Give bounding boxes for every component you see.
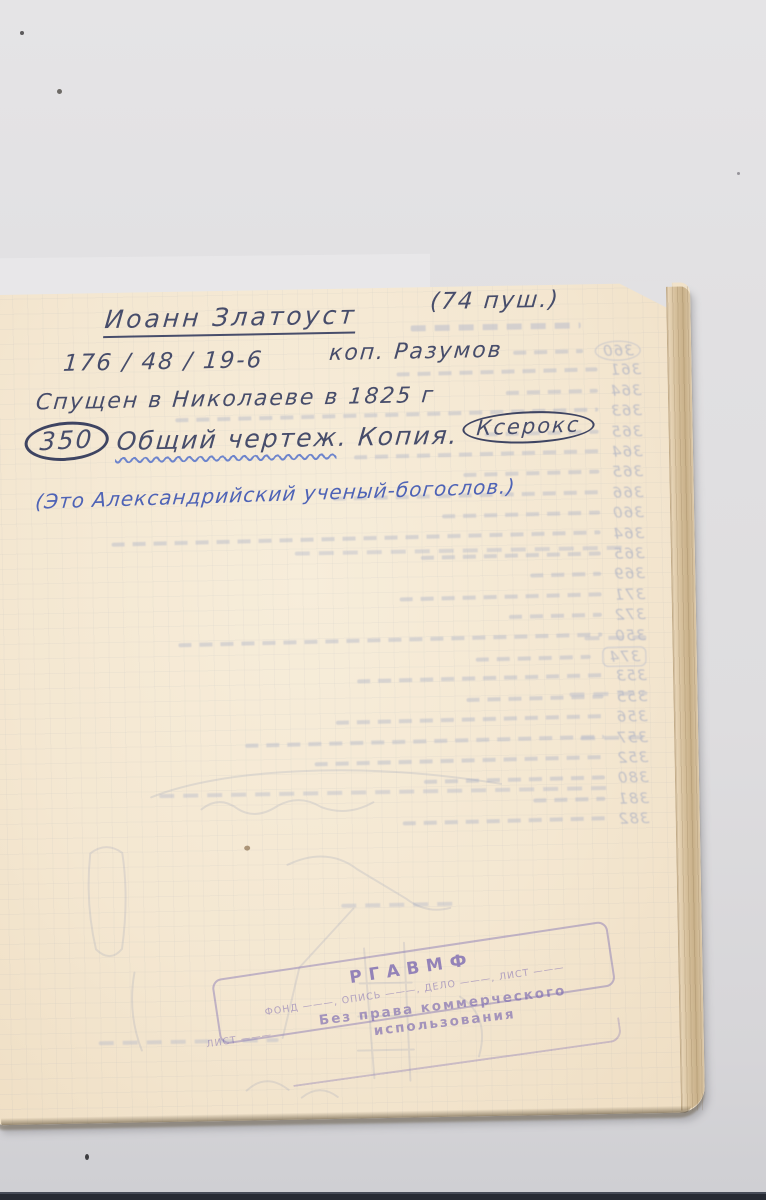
ghost-number: 364 [611, 442, 643, 461]
ghost-number: 371 [614, 585, 646, 604]
ghost-number: 352 [617, 748, 649, 767]
entry-medium-circle: Ксерокс [461, 409, 595, 446]
ghost-line: 369 [530, 565, 645, 585]
ghost-number: 364 [613, 524, 645, 543]
ghost-line [580, 735, 644, 740]
ghost-scribble [442, 511, 600, 519]
ghost-scribble [246, 734, 605, 747]
entry-number: 350 [23, 421, 110, 462]
ghost-number: 374 [603, 646, 647, 667]
ghost-number: 381 [618, 789, 650, 808]
ghost-number: 369 [613, 565, 645, 584]
ghost-line: 365 [421, 544, 645, 566]
ghost-line: 360 [513, 340, 641, 362]
ghost-scribble [506, 389, 598, 395]
ghost-number: 361 [610, 361, 642, 380]
copyist-note: коп. Разумов [328, 338, 504, 366]
ghost-line: 356 [336, 707, 648, 731]
ghost-number: 350 [615, 626, 647, 645]
notebook-page: 3603613643633653643653663603643653693713… [0, 282, 705, 1125]
guns-count-note: (74 пуш.) [429, 287, 561, 315]
ghost-line: 350 [179, 626, 647, 653]
paper-fleck [244, 846, 250, 851]
scanner-edge-bar [0, 1192, 766, 1200]
page-corner-cut [616, 281, 673, 312]
entry-medium: Ксерокс [461, 410, 596, 444]
ghost-number: 364 [610, 381, 642, 400]
ghost-line: 357 [245, 728, 648, 753]
entry-description-rest: . Копия. [337, 421, 460, 452]
ghost-number: 353 [615, 667, 647, 686]
dust-speck [20, 31, 24, 35]
ghost-line [411, 322, 581, 331]
ghost-number: 372 [614, 605, 646, 624]
dust-speck [737, 172, 740, 175]
ghost-number: 380 [617, 769, 649, 788]
ghost-scribble [531, 572, 602, 578]
ghost-line [584, 635, 646, 640]
ghost-number: 360 [612, 503, 644, 522]
ghost-line: 353 [357, 667, 647, 690]
ghost-number: 356 [616, 707, 648, 726]
ghost-number: 360 [595, 340, 641, 361]
ghost-scribble [467, 694, 604, 701]
ghost-scribble [509, 613, 602, 619]
dust-speck [85, 1154, 89, 1160]
ghost-line [569, 691, 647, 696]
launch-note: Спущен в Николаеве в 1825 г [35, 383, 436, 415]
ghost-scribble [357, 674, 603, 684]
ghost-line: 372 [509, 605, 646, 626]
ghost-number: 382 [618, 809, 650, 828]
ghost-number: 365 [611, 422, 643, 441]
ghost-number: 355 [616, 687, 648, 706]
ghost-scribble [421, 551, 601, 560]
ghost-line [295, 546, 625, 556]
annotation-note: (Это Александрийский ученый-богослов.) [34, 474, 516, 514]
ghost-scribble [400, 592, 602, 601]
entry-description: Общий чертеж. Копия. [115, 421, 460, 456]
ghost-line: 355 [467, 687, 648, 708]
entry-description-underlined: Общий чертеж [115, 423, 339, 456]
ghost-number: 357 [616, 728, 648, 747]
ship-name-title: Иоанн Златоуст [103, 300, 358, 338]
ghost-line: 374 [476, 646, 647, 669]
ghost-line: 371 [400, 585, 646, 607]
ghost-scribble [179, 632, 603, 647]
ghost-scribble [513, 349, 583, 355]
archive-reference: 176 / 48 / 19-6 [62, 347, 264, 377]
ghost-scribble [476, 655, 591, 662]
ghost-scribble [397, 368, 598, 377]
ghost-scribble [336, 714, 604, 725]
ghost-line: 364 [506, 381, 642, 401]
ghost-line: 360 [442, 503, 644, 525]
ghost-number: 363 [610, 401, 642, 420]
ghost-line: 364 [112, 524, 645, 552]
dust-speck [57, 89, 62, 94]
entry-number-circle: 350 [24, 420, 110, 463]
ghost-number: 366 [612, 483, 644, 502]
ghost-number: 365 [613, 544, 645, 563]
page-stack-edge [666, 286, 705, 1110]
ghost-scribble [112, 530, 601, 546]
ghost-number: 365 [612, 463, 644, 482]
scanner-background: 3603613643633653643653663603643653693713… [0, 0, 766, 1200]
